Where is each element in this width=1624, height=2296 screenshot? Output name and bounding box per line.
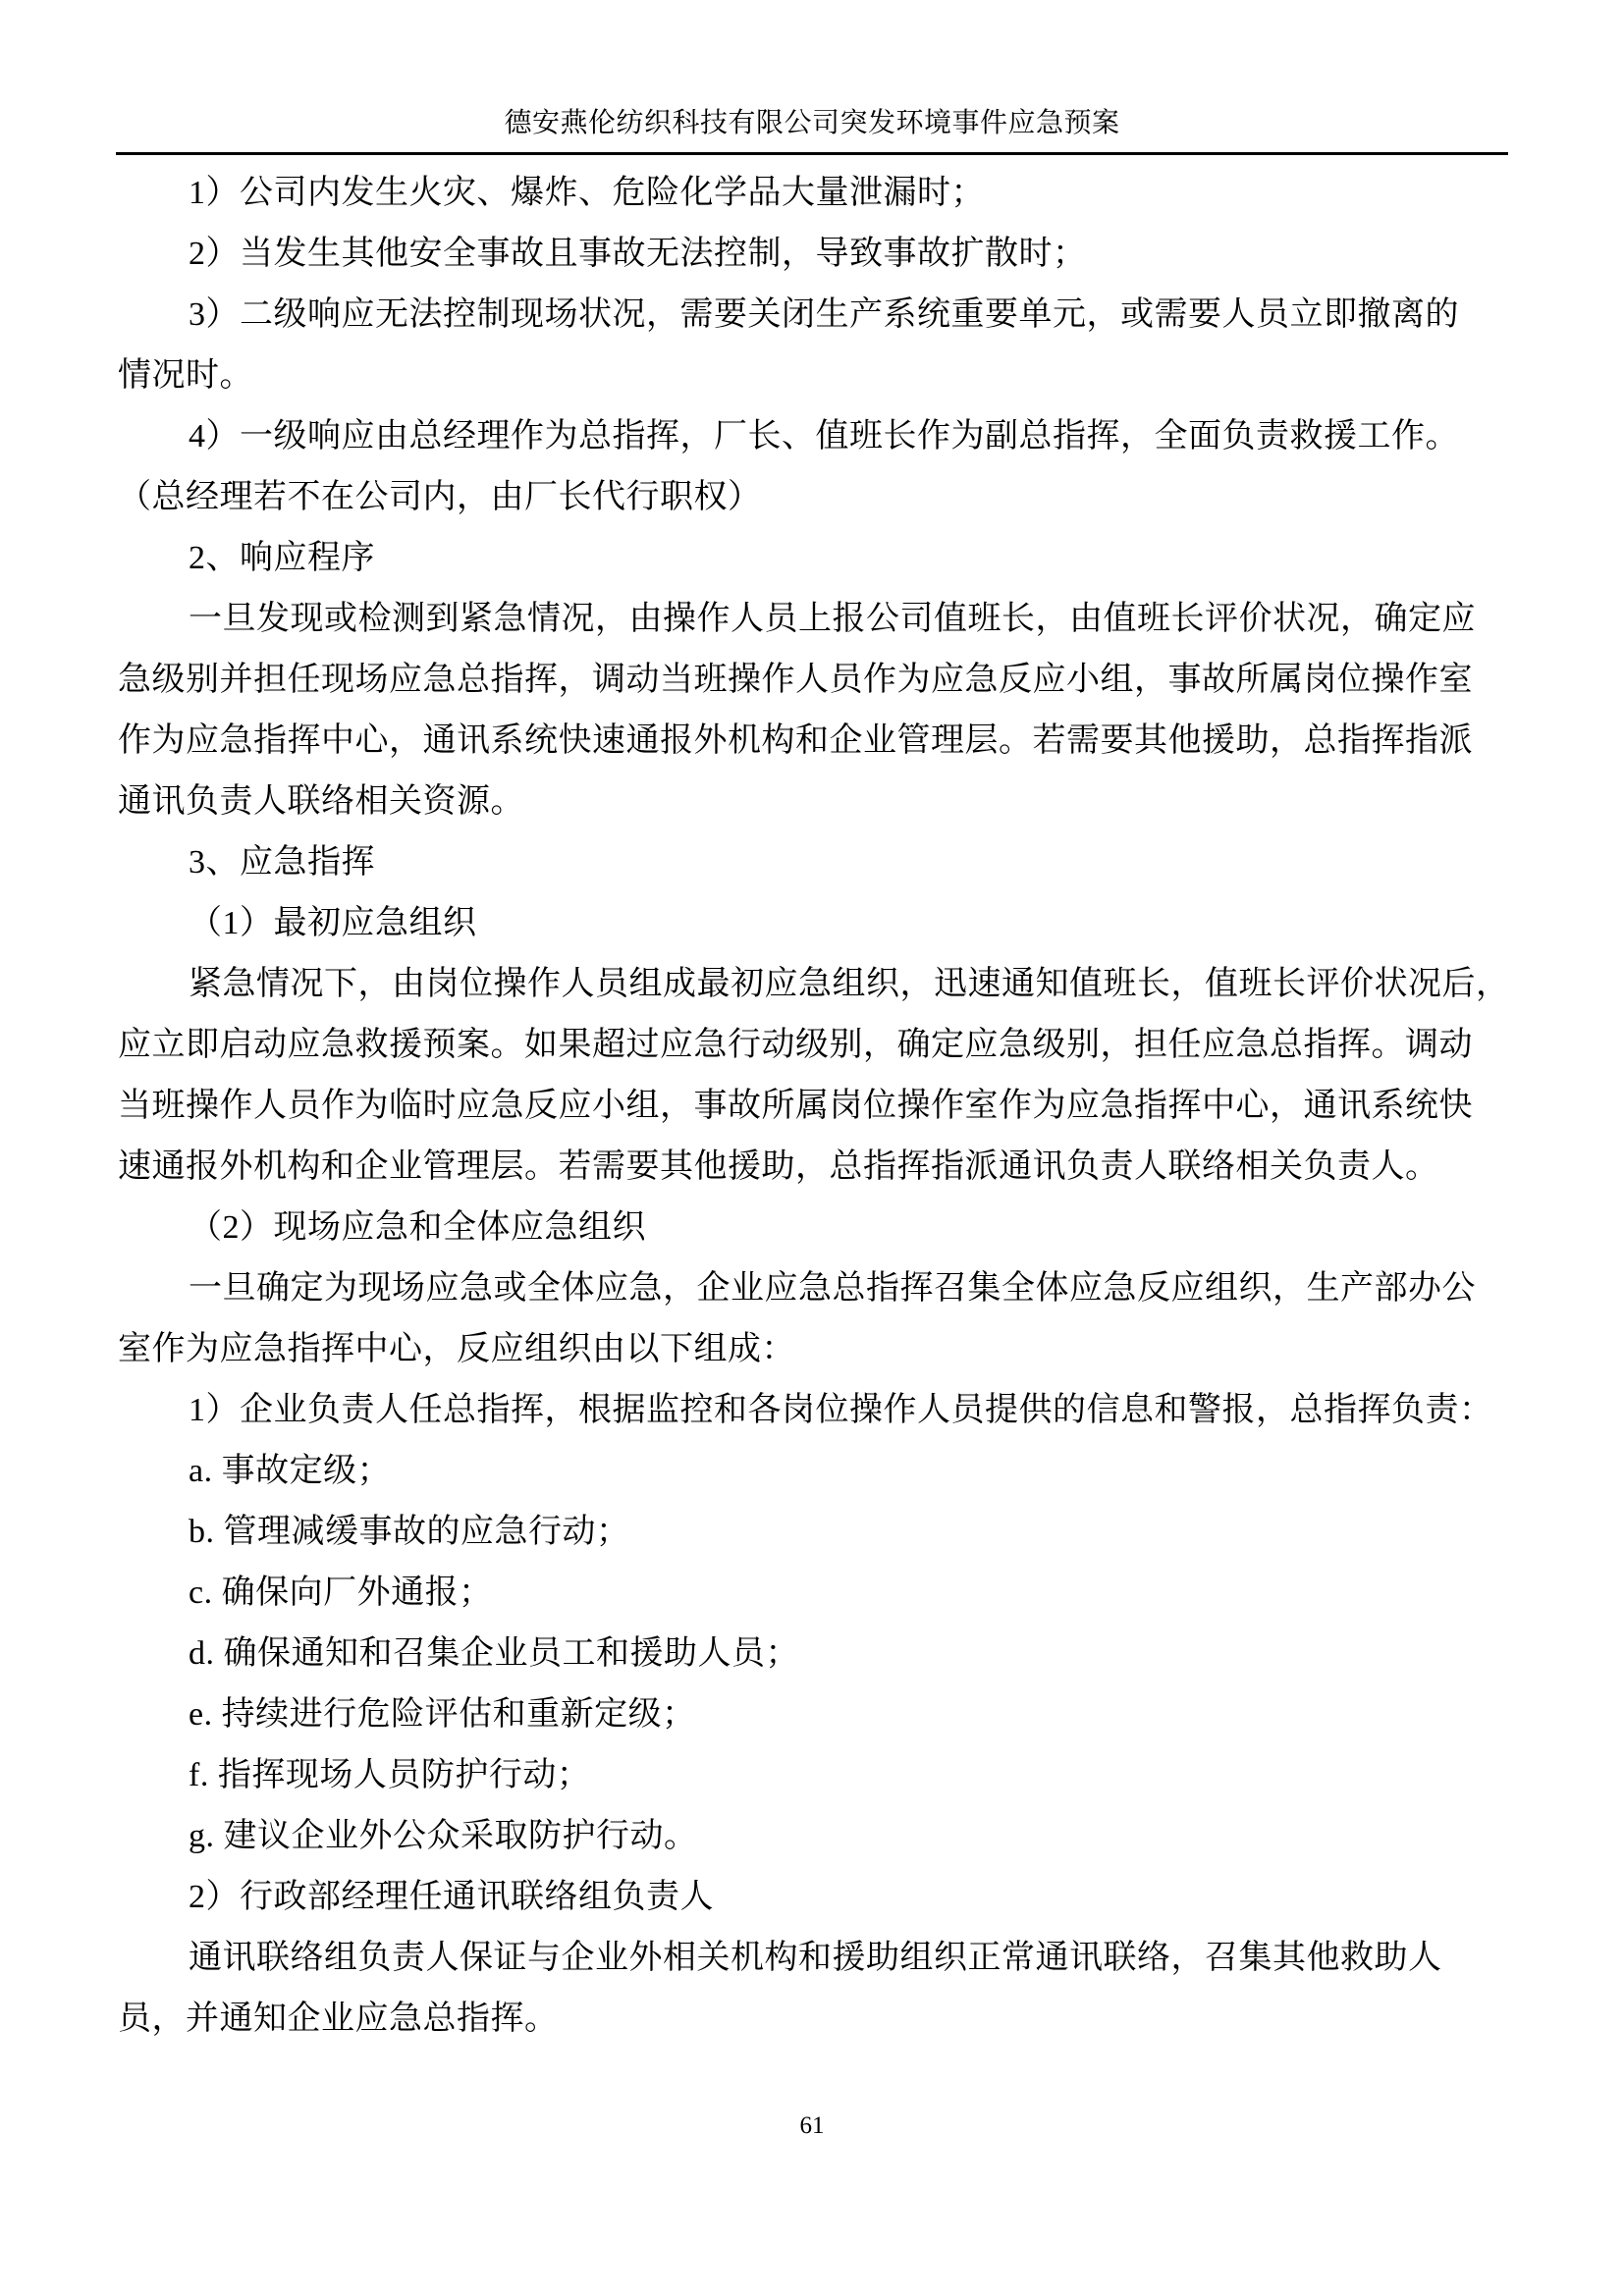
text-line: 2）行政部经理任通讯联络组负责人 [118, 1867, 1506, 1928]
text-line: 3、应急指挥 [118, 832, 1506, 893]
text-line: 当班操作人员作为临时应急反应小组，事故所属岗位操作室作为应急指挥中心，通讯系统快 [118, 1076, 1506, 1137]
text-line: 2）当发生其他安全事故且事故无法控制，导致事故扩散时； [118, 224, 1506, 285]
text-line: （2）现场应急和全体应急组织 [118, 1198, 1506, 1258]
text-line: 1）公司内发生火灾、爆炸、危险化学品大量泄漏时； [118, 163, 1506, 224]
text-line: d. 确保通知和召集企业员工和援助人员； [118, 1624, 1506, 1684]
text-line: 2、响应程序 [118, 528, 1506, 589]
text-line: 室作为应急指挥中心，反应组织由以下组成： [118, 1319, 1506, 1380]
document-body: 1）公司内发生火灾、爆炸、危险化学品大量泄漏时；2）当发生其他安全事故且事故无法… [118, 163, 1506, 2050]
text-line: 一旦确定为现场应急或全体应急，企业应急总指挥召集全体应急反应组织，生产部办公 [118, 1258, 1506, 1319]
text-line: f. 指挥现场人员防护行动； [118, 1745, 1506, 1806]
text-line: 1）企业负责人任总指挥，根据监控和各岗位操作人员提供的信息和警报，总指挥负责： [118, 1380, 1506, 1441]
header-rule [116, 152, 1508, 155]
text-line: 通讯负责人联络相关资源。 [118, 772, 1506, 832]
text-line: b. 管理减缓事故的应急行动； [118, 1502, 1506, 1563]
page-header-title: 德安燕伦纺织科技有限公司突发环境事件应急预案 [0, 101, 1624, 140]
text-line: 通讯联络组负责人保证与企业外相关机构和援助组织正常通讯联络，召集其他救助人 [118, 1928, 1506, 1989]
text-line: 情况时。 [118, 346, 1506, 406]
text-line: g. 建议企业外公众采取防护行动。 [118, 1806, 1506, 1867]
text-line: 3）二级响应无法控制现场状况，需要关闭生产系统重要单元，或需要人员立即撤离的 [118, 285, 1506, 346]
text-line: 速通报外机构和企业管理层。若需要其他援助，总指挥指派通讯负责人联络相关负责人。 [118, 1137, 1506, 1198]
text-line: a. 事故定级； [118, 1441, 1506, 1502]
text-line: 应立即启动应急救援预案。如果超过应急行动级别，确定应急级别，担任应急总指挥。调动 [118, 1015, 1506, 1076]
text-line: c. 确保向厂外通报； [118, 1563, 1506, 1624]
page-number: 61 [0, 2107, 1624, 2146]
text-line: 员，并通知企业应急总指挥。 [118, 1989, 1506, 2050]
text-line: e. 持续进行危险评估和重新定级； [118, 1684, 1506, 1745]
text-line: （1）最初应急组织 [118, 893, 1506, 954]
text-line: 一旦发现或检测到紧急情况，由操作人员上报公司值班长，由值班长评价状况，确定应 [118, 589, 1506, 650]
document-page: 德安燕伦纺织科技有限公司突发环境事件应急预案 1）公司内发生火灾、爆炸、危险化学… [0, 0, 1624, 2296]
text-line: 急级别并担任现场应急总指挥，调动当班操作人员作为应急反应小组，事故所属岗位操作室 [118, 650, 1506, 711]
text-line: 4）一级响应由总经理作为总指挥，厂长、值班长作为副总指挥，全面负责救援工作。 [118, 406, 1506, 467]
text-line: 作为应急指挥中心，通讯系统快速通报外机构和企业管理层。若需要其他援助，总指挥指派 [118, 711, 1506, 772]
text-line: 紧急情况下，由岗位操作人员组成最初应急组织，迅速通知值班长，值班长评价状况后， [118, 954, 1506, 1015]
text-line: （总经理若不在公司内，由厂长代行职权） [118, 467, 1506, 528]
